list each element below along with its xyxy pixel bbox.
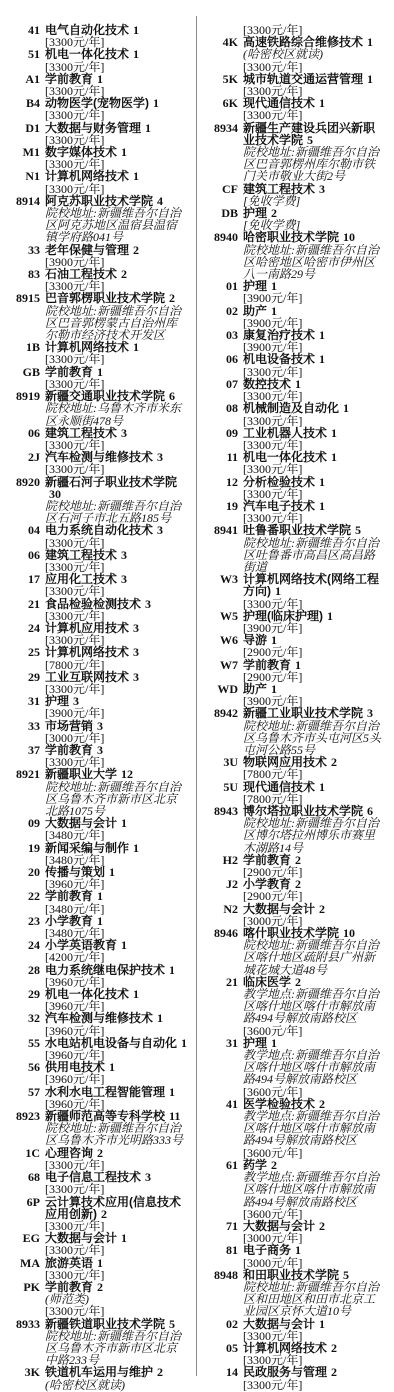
- major-row-code: 5K: [206, 73, 243, 85]
- school-header-body: 新疆铁道职业技术学院5: [45, 1318, 188, 1330]
- address-line: 院校地址:新疆维吾尔自治区巴音郭楞蒙古自治州库尔勒市经济技术开发区: [8, 305, 188, 342]
- address-line: 院校地址:新疆维吾尔自治区巴音郭楞州库尔勒市铁门关市敬业大街2号: [206, 146, 386, 183]
- major-row-code: 71: [206, 1220, 243, 1232]
- school-header-body: 哈密职业技术学院10: [243, 231, 386, 243]
- major-count: 1: [129, 169, 139, 183]
- major-count: 1: [327, 426, 337, 440]
- school-header-code: 8933: [8, 1318, 45, 1330]
- major-row-body: 分析检验技术1: [243, 476, 386, 488]
- address-line-body: 院校地址:新疆维吾尔自治区喀什地区疏附县广州新城花城大道48号: [243, 939, 386, 976]
- major-row: 02大数据与会计1: [206, 1318, 386, 1330]
- major-row: 21食品检验检测技术3: [8, 598, 188, 610]
- major-row: 51机电一体化技术1: [8, 48, 188, 60]
- major-count: 1: [129, 47, 139, 61]
- school-header-body: 新疆石河子职业技术学院30: [45, 476, 188, 500]
- major-row-code: 56: [8, 1061, 45, 1073]
- major-row-body: 电子商务1: [243, 1244, 386, 1256]
- major-row-code: 55: [8, 1037, 45, 1049]
- major-row-body: 民政服务与管理2: [243, 1366, 386, 1378]
- teaching-site-line-body: 教学地点:新疆维吾尔自治区喀什地区喀什市解放南路494号解放南路校区: [243, 1171, 386, 1208]
- major-row-code: 32: [8, 1012, 45, 1024]
- major-count: 1: [315, 780, 325, 794]
- major-row-code: D1: [8, 122, 45, 134]
- major-count: 2: [129, 243, 139, 257]
- major-row-code: 1C: [8, 1147, 45, 1159]
- major-count: 2: [315, 1219, 325, 1233]
- major-row-body: 学前教育1: [243, 659, 386, 671]
- major-row-code: PK: [8, 1281, 45, 1293]
- major-row-body: 云计算技术应用(信息技术应用创新)2: [45, 1196, 188, 1220]
- major-row-code: 29: [8, 988, 45, 1000]
- major-row-code: 11: [206, 451, 243, 463]
- major-row-code: 12: [206, 476, 243, 488]
- teaching-site-line-body: 教学地点:新疆维吾尔自治区喀什地区喀什市解放南路494号解放南路校区: [243, 1049, 386, 1086]
- note-line-body: (哈密校区就读): [45, 1379, 188, 1391]
- major-name: 云计算技术应用(信息技术应用创新): [45, 1195, 181, 1221]
- school-name: 新疆石河子职业技术学院: [45, 475, 177, 489]
- major-count: 1: [315, 499, 325, 513]
- teaching-site-line-body: 教学地点:新疆维吾尔自治区喀什地区喀什市解放南路494号解放南路校区: [243, 1110, 386, 1147]
- school-header: 8934新疆生产建设兵团兴新职业技术学院5: [206, 122, 386, 146]
- major-count: 1: [153, 1011, 163, 1025]
- document-page: 41电气自动化技术1[3300元/年]51机电一体化技术1[3300元/年]A1…: [0, 0, 394, 1392]
- major-row-code: 4K: [206, 36, 243, 48]
- major-name: 计算机网络技术(网络工程方向): [243, 572, 379, 598]
- major-count: 3: [117, 426, 127, 440]
- major-row-code: 22: [8, 890, 45, 902]
- address-line: 院校地址:乌鲁木齐市米东区永顺街478号: [8, 402, 188, 426]
- fee-line: [3300元/年]: [8, 61, 188, 73]
- major-count: 1: [117, 938, 127, 952]
- major-count: 1: [117, 1231, 127, 1245]
- school-header: 8940哈密职业技术学院10: [206, 231, 386, 243]
- school-header-code: 8942: [206, 707, 243, 719]
- major-count: 1: [117, 145, 127, 159]
- school-header-body: 新疆生产建设兵团兴新职业技术学院5: [243, 122, 386, 146]
- major-row-code: 24: [8, 939, 45, 951]
- major-row-code: 41: [8, 24, 45, 36]
- major-row-code: 33: [8, 244, 45, 256]
- column-left: 41电气自动化技术1[3300元/年]51机电一体化技术1[3300元/年]A1…: [0, 24, 197, 1391]
- school-header-code: 8943: [206, 805, 243, 817]
- major-row-code: 06: [206, 353, 243, 365]
- major-count: 2: [327, 1365, 337, 1379]
- school-header-body: 新疆工业职业技术学院3: [243, 707, 386, 719]
- major-row: 81电子商务1: [206, 1244, 386, 1256]
- address-line: 院校地址:新疆维吾尔自治区喀什地区疏附县广州新城花城大道48号: [206, 939, 386, 976]
- school-header: 8942新疆工业职业技术学院3: [206, 707, 386, 719]
- address-line-body: 院校地址:新疆维吾尔自治区乌鲁木齐市头屯河区5头屯河公路55号: [243, 720, 386, 757]
- major-row-code: 2J: [8, 451, 45, 463]
- major-count: 3: [117, 548, 127, 562]
- major-row: 04电力系统自动化技术3: [8, 524, 188, 536]
- major-row-body: 大数据与会计2: [243, 903, 386, 915]
- note-line-body: (哈密校区就读): [243, 48, 386, 60]
- major-count: 1: [105, 1060, 115, 1074]
- school-header: 8921新疆职业大学12: [8, 768, 188, 780]
- address-line-body: 院校地址:新疆维吾尔自治区吐鲁番市高昌区高昌路街道: [243, 537, 386, 574]
- major-row-code: A1: [8, 73, 45, 85]
- major-row-code: CF: [206, 183, 243, 195]
- fee-line: [3300元/年]: [8, 353, 188, 365]
- major-row-body: 建筑工程技术3: [243, 183, 386, 195]
- major-row-code: 6P: [8, 1196, 45, 1208]
- address-line-body: 院校地址:新疆维吾尔自治区和田地区和田市北京工业园区京怀大道10号: [243, 1281, 386, 1318]
- major-row-code: 17: [8, 573, 45, 585]
- major-row: W7学前教育1: [206, 659, 386, 671]
- major-row-body: 市场营销3: [45, 720, 188, 732]
- teaching-site-line: 教学地点:新疆维吾尔自治区喀什地区喀什市解放南路494号解放南路校区: [206, 988, 386, 1025]
- major-row-code: 3K: [8, 1366, 45, 1378]
- major-count: 3: [117, 572, 127, 586]
- major-row-code: GB: [8, 366, 45, 378]
- major-row: D1大数据与财务管理1: [8, 122, 188, 134]
- major-row-code: 1B: [8, 341, 45, 353]
- major-count: 1: [177, 1036, 187, 1050]
- school-header-code: 8946: [206, 927, 243, 939]
- major-row-code: 61: [206, 1159, 243, 1171]
- major-row-code: 31: [206, 1037, 243, 1049]
- school-header-code: 8921: [8, 768, 45, 780]
- major-row: 19新闻采编与制作1: [8, 842, 188, 854]
- major-count: 1: [141, 121, 151, 135]
- address-line-body: 院校地址:新疆维吾尔自治区乌鲁木齐市新市区北京北路1075号: [45, 781, 188, 818]
- major-count: 1: [339, 401, 349, 415]
- major-row-code: 24: [8, 622, 45, 634]
- major-row-body: 计算机网络技术1: [45, 170, 188, 182]
- major-row: MA旅游英语1: [8, 1257, 188, 1269]
- major-row: 6P云计算技术应用(信息技术应用创新)2: [8, 1196, 188, 1220]
- major-count: 3: [141, 597, 151, 611]
- major-count: 2: [327, 755, 337, 769]
- major-row-code: 07: [206, 378, 243, 390]
- major-row: 33市场营销3: [8, 720, 188, 732]
- major-row-body: 大数据与财务管理1: [45, 122, 188, 134]
- fee-line: [3300元/年]: [8, 1244, 188, 1256]
- fee-line: [3480元/年]: [8, 903, 188, 915]
- note-line: (哈密校区就读): [206, 48, 386, 60]
- major-row-code: B4: [8, 97, 45, 109]
- teaching-site-line: 教学地点:新疆维吾尔自治区喀什地区喀什市解放南路494号解放南路校区: [206, 1110, 386, 1147]
- major-row-code: WD: [206, 683, 243, 695]
- fee-line: [2900元/年]: [206, 646, 386, 658]
- major-row: 28电力系统继电保护技术1: [8, 964, 188, 976]
- major-row-code: 41: [206, 1098, 243, 1110]
- major-row-code: MA: [8, 1257, 45, 1269]
- school-header: 8941吐鲁番职业技术学院5: [206, 524, 386, 536]
- major-count: 1: [363, 72, 373, 86]
- major-row: 08机械制造及自动化1: [206, 402, 386, 414]
- major-row: 32汽车检测与维修技术1: [8, 1012, 188, 1024]
- school-header-body: 吐鲁番职业技术学院5: [243, 524, 386, 536]
- major-row-code: W3: [206, 573, 243, 585]
- major-row-code: 09: [8, 817, 45, 829]
- major-row-code: 6K: [206, 97, 243, 109]
- major-row: 06机电设备技术1: [206, 353, 386, 365]
- fee-line: [3900元/年]: [8, 707, 188, 719]
- school-header-body: 巴音郭楞职业技术学院2: [45, 292, 188, 304]
- major-row-code: 83: [8, 268, 45, 280]
- major-count: 3: [141, 1170, 151, 1184]
- major-row-code: 01: [206, 280, 243, 292]
- major-row-code: 31: [8, 695, 45, 707]
- major-row: PK学前教育2: [8, 1281, 188, 1293]
- teaching-site-line-body: 教学地点:新疆维吾尔自治区喀什地区喀什市解放南路494号解放南路校区: [243, 988, 386, 1025]
- address-line: 院校地址:新疆维吾尔自治区吐鲁番市高昌区高昌路街道: [206, 537, 386, 574]
- school-header-code: 8920: [8, 476, 45, 488]
- major-row-code: 05: [206, 1342, 243, 1354]
- address-line: 院校地址:新疆维吾尔自治区和田地区和田市北京工业园区京怀大道10号: [206, 1281, 386, 1318]
- address-line-body: 院校地址:新疆维吾尔自治区乌鲁木齐市新市区北京中路233号: [45, 1330, 188, 1367]
- major-row-body: 新闻采编与制作1: [45, 842, 188, 854]
- major-count: 3: [315, 182, 325, 196]
- address-line: 院校地址:新疆维吾尔自治区乌鲁木齐市光明路333号: [8, 1122, 188, 1146]
- major-row-code: M1: [8, 146, 45, 158]
- major-count: 2: [153, 1365, 163, 1379]
- major-count: 2: [117, 267, 127, 281]
- major-row-code: DB: [206, 207, 243, 219]
- address-line-body: 院校地址:新疆维吾尔自治区博尔塔拉州博乐市赛里木湖路14号: [243, 817, 386, 854]
- teaching-site-line: 教学地点:新疆维吾尔自治区喀什地区喀什市解放南路494号解放南路校区: [206, 1049, 386, 1086]
- major-count: 3: [153, 450, 163, 464]
- major-count: 1: [315, 328, 325, 342]
- major-count: 3: [129, 645, 139, 659]
- school-header-body: 新疆职业大学12: [45, 768, 188, 780]
- address-line: 院校地址:新疆维吾尔自治区阿克苏地区温宿县温宿镇学府路041号: [8, 207, 188, 244]
- major-row-body: 学前教育1: [45, 890, 188, 902]
- major-count: 1: [315, 475, 325, 489]
- major-count: 1: [165, 963, 175, 977]
- teaching-site-line: 教学地点:新疆维吾尔自治区喀什地区喀什市解放南路494号解放南路校区: [206, 1171, 386, 1208]
- address-line-body: 院校地址:新疆维吾尔自治区乌鲁木齐市光明路333号: [45, 1122, 188, 1146]
- major-row: N2大数据与会计2: [206, 903, 386, 915]
- major-row-body: 机电一体化技术1: [45, 48, 188, 60]
- major-row-body: 汽车检测与维修技术1: [45, 1012, 188, 1024]
- major-count: 1: [129, 987, 139, 1001]
- fee-line-body: [3300元/年]: [243, 1379, 386, 1391]
- major-row-code: N1: [8, 170, 45, 182]
- major-row-body: 计算机网络技术(网络工程方向)1: [243, 573, 386, 597]
- fee-line: [3900元/年]: [206, 292, 386, 304]
- major-row-body: 食品检验检测技术3: [45, 598, 188, 610]
- major-count: 1: [129, 23, 139, 37]
- major-count: 1: [323, 609, 333, 623]
- major-row-body: 计算机网络技术3: [45, 646, 188, 658]
- school-header-code: 8919: [8, 390, 45, 402]
- major-row-code: W5: [206, 610, 243, 622]
- major-row-code: 68: [8, 1171, 45, 1183]
- major-row-body: 机械制造及自动化1: [243, 402, 386, 414]
- major-row-body: 大数据与会计1: [243, 1318, 386, 1330]
- column-right: [3300元/年]4K高速铁路综合维修技术1(哈密校区就读)[3300元/年]5…: [197, 24, 394, 1391]
- major-row-code: 23: [8, 915, 45, 927]
- major-row: 12分析检验技术1: [206, 476, 386, 488]
- school-header: 8915巴音郭楞职业技术学院2: [8, 292, 188, 304]
- school-header-code: 8948: [206, 1269, 243, 1281]
- major-row-code: 5U: [206, 781, 243, 793]
- major-row-body: 电力系统继电保护技术1: [45, 964, 188, 976]
- major-count: 3: [129, 621, 139, 635]
- major-count: 1: [149, 96, 159, 110]
- major-row-code: W6: [206, 634, 243, 646]
- address-line-body: 院校地址:新疆维吾尔自治区巴音郭楞蒙古自治州库尔勒市经济技术开发区: [45, 305, 188, 342]
- major-row-code: H2: [206, 854, 243, 866]
- major-row-code: 25: [8, 646, 45, 658]
- major-row-code: 02: [206, 1318, 243, 1330]
- major-row-body: 现代通信技术1: [243, 781, 386, 793]
- school-header-code: 8915: [8, 292, 45, 304]
- major-count: 3: [153, 523, 163, 537]
- major-count: 2: [315, 902, 325, 916]
- major-row: 5U现代通信技术1: [206, 781, 386, 793]
- school-header-code: 8941: [206, 524, 243, 536]
- major-count: 1: [117, 816, 127, 830]
- major-row-code: 21: [8, 598, 45, 610]
- major-row: 3K铁道机车运用与维护2: [8, 1366, 188, 1378]
- major-row-code: 33: [8, 720, 45, 732]
- major-row-code: 03: [206, 329, 243, 341]
- major-row-code: 19: [206, 500, 243, 512]
- school-header-code: 8923: [8, 1110, 45, 1122]
- address-line: 院校地址:新疆维吾尔自治区博尔塔拉州博乐市赛里木湖路14号: [206, 817, 386, 854]
- major-row-code: 06: [8, 427, 45, 439]
- school-header-code: 8914: [8, 195, 45, 207]
- major-row: N1计算机网络技术1: [8, 170, 188, 182]
- major-row-body: 机电设备技术1: [243, 353, 386, 365]
- major-count: 1: [315, 1317, 325, 1331]
- major-row-code: 20: [8, 866, 45, 878]
- major-row-code: 51: [8, 48, 45, 60]
- major-row: CF建筑工程技术3: [206, 183, 386, 195]
- major-row-code: 19: [8, 842, 45, 854]
- major-row-code: 08: [206, 402, 243, 414]
- note-line: (哈密校区就读): [8, 1379, 188, 1391]
- major-row: 25计算机网络技术3: [8, 646, 188, 658]
- major-count: 1: [129, 340, 139, 354]
- major-count: 1: [129, 841, 139, 855]
- school-header: 8920新疆石河子职业技术学院30: [8, 476, 188, 500]
- major-row-code: 06: [8, 549, 45, 561]
- major-row-code: 57: [8, 1086, 45, 1098]
- major-row-code: W7: [206, 659, 243, 671]
- major-count: 1: [315, 352, 325, 366]
- address-line: 院校地址:新疆维吾尔自治区乌鲁木齐市新市区北京中路233号: [8, 1330, 188, 1367]
- address-line-body: 院校地址:新疆维吾尔自治区石河子市北五路185号: [45, 500, 188, 524]
- major-row-code: 21: [206, 976, 243, 988]
- major-row-body: 旅游英语1: [45, 1257, 188, 1269]
- school-header: 8933新疆铁道职业技术学院5: [8, 1318, 188, 1330]
- school-header-code: 8934: [206, 122, 243, 134]
- address-line: 院校地址:新疆维吾尔自治区乌鲁木齐市新市区北京北路1075号: [8, 781, 188, 818]
- major-count: 2: [93, 1280, 103, 1294]
- address-line-body: 院校地址:新疆维吾尔自治区巴音郭楞州库尔勒市铁门关市敬业大街2号: [243, 146, 386, 183]
- major-count: 2: [327, 1341, 337, 1355]
- major-row-body: 铁道机车运用与维护2: [45, 1366, 188, 1378]
- major-row-code: EG: [8, 1232, 45, 1244]
- address-line: 院校地址:新疆维吾尔自治区石河子市北五路185号: [8, 500, 188, 524]
- address-line-body: 院校地址:乌鲁木齐市米东区永顺街478号: [45, 402, 188, 426]
- major-row-code: 02: [206, 305, 243, 317]
- major-row-body: 电力系统自动化技术3: [45, 524, 188, 536]
- major-row-code: 81: [206, 1244, 243, 1256]
- address-line: 院校地址:新疆维吾尔自治区乌鲁木齐市头屯河区5头屯河公路55号: [206, 720, 386, 757]
- major-count: 1: [315, 96, 325, 110]
- major-row-code: 28: [8, 964, 45, 976]
- major-row: 14民政服务与管理2: [206, 1366, 386, 1378]
- major-row: W3计算机网络技术(网络工程方向)1: [206, 573, 386, 597]
- major-row-code: 14: [206, 1366, 243, 1378]
- major-count: 1: [363, 35, 373, 49]
- address-line-body: 院校地址:新疆维吾尔自治区哈密地区哈密市伊州区八一南路29号: [243, 244, 386, 281]
- major-row-code: 3U: [206, 756, 243, 768]
- major-row-code: 37: [8, 744, 45, 756]
- fee-line: [3300元/年]: [206, 1379, 386, 1391]
- major-row-code: J2: [206, 878, 243, 890]
- major-row: 22学前教育1: [8, 890, 188, 902]
- major-count: 1: [105, 865, 115, 879]
- major-count: 3: [129, 670, 139, 684]
- major-row-code: 04: [8, 524, 45, 536]
- address-line-body: 院校地址:新疆维吾尔自治区阿克苏地区温宿县温宿镇学府路041号: [45, 207, 188, 244]
- major-row-code: 09: [206, 427, 243, 439]
- major-count: 1: [327, 450, 337, 464]
- school-header-code: 8940: [206, 231, 243, 243]
- major-row-code: N2: [206, 903, 243, 915]
- address-line: 院校地址:新疆维吾尔自治区哈密地区哈密市伊州区八一南路29号: [206, 244, 386, 281]
- major-count: 1: [165, 1085, 175, 1099]
- major-row-code: 29: [8, 671, 45, 683]
